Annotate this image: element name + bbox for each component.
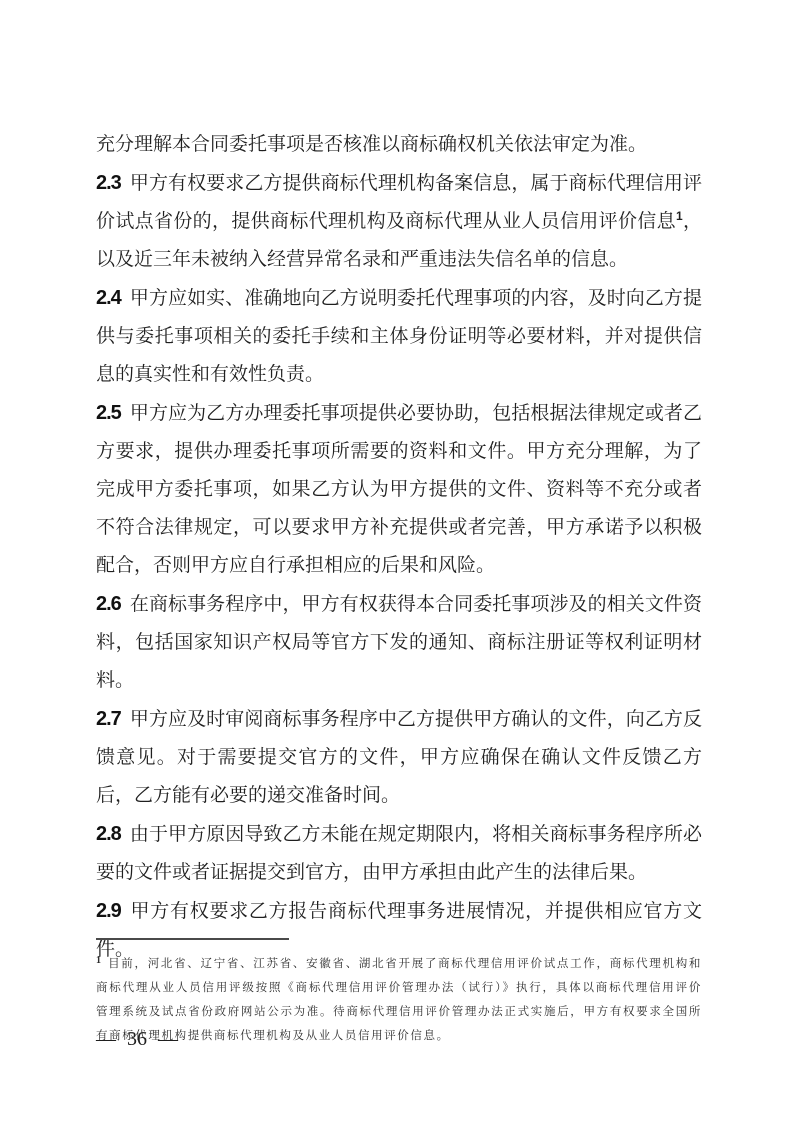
- clause-number: 2.5: [96, 402, 121, 424]
- clause-2.6: 2.6在商标事务程序中，甲方有权获得本合同委托事项涉及的相关文件资料，包括国家知…: [96, 585, 702, 700]
- page-number: 36: [127, 1028, 147, 1050]
- contract-body: 充分理解本合同委托事项是否核准以商标确权机关依法审定为准。 2.3甲方有权要求乙…: [96, 126, 702, 969]
- clause-number: 2.3: [96, 172, 121, 194]
- clause-2.8: 2.8由于甲方原因导致乙方未能在规定期限内，将相关商标事务程序所必要的文件或者证…: [96, 815, 702, 892]
- clause-2.3: 2.3甲方有权要求乙方提供商标代理机构备案信息，属于商标代理信用评价试点省份的，…: [96, 164, 702, 279]
- footer-dash-right: —: [158, 1028, 178, 1050]
- clause-2.7: 2.7甲方应及时审阅商标事务程序中乙方提供甲方确认的文件，向乙方反馈意见。对于需…: [96, 700, 702, 815]
- clause-number: 2.9: [96, 900, 121, 922]
- clause-number: 2.4: [96, 287, 121, 309]
- clause-number: 2.6: [96, 593, 121, 615]
- clause-2.4: 2.4甲方应如实、准确地向乙方说明委托代理事项的内容，及时向乙方提供与委托事项相…: [96, 279, 702, 394]
- clause-2.5: 2.5甲方应为乙方办理委托事项提供必要协助，包括根据法律规定或者乙方要求，提供办…: [96, 394, 702, 585]
- footnote: 1目前，河北省、辽宁省、江苏省、安徽省、湖北省开展了商标代理信用评价试点工作，商…: [96, 952, 702, 1048]
- footnote-text: 目前，河北省、辽宁省、江苏省、安徽省、湖北省开展了商标代理信用评价试点工作，商标…: [96, 958, 702, 1042]
- clause-number: 2.7: [96, 708, 121, 730]
- footnote-area: 1目前，河北省、辽宁省、江苏省、安徽省、湖北省开展了商标代理信用评价试点工作，商…: [96, 938, 702, 1048]
- intro-paragraph: 充分理解本合同委托事项是否核准以商标确权机关依法审定为准。: [96, 126, 702, 164]
- clause-number: 2.8: [96, 823, 121, 845]
- footnote-reference: 1: [676, 209, 683, 223]
- footer-dash-left: —: [96, 1028, 116, 1050]
- footnote-separator: [96, 938, 289, 940]
- page-footer: —36—: [96, 1028, 178, 1051]
- document-page: 充分理解本合同委托事项是否核准以商标确权机关依法审定为准。 2.3甲方有权要求乙…: [0, 0, 793, 1122]
- footnote-marker: 1: [96, 955, 101, 966]
